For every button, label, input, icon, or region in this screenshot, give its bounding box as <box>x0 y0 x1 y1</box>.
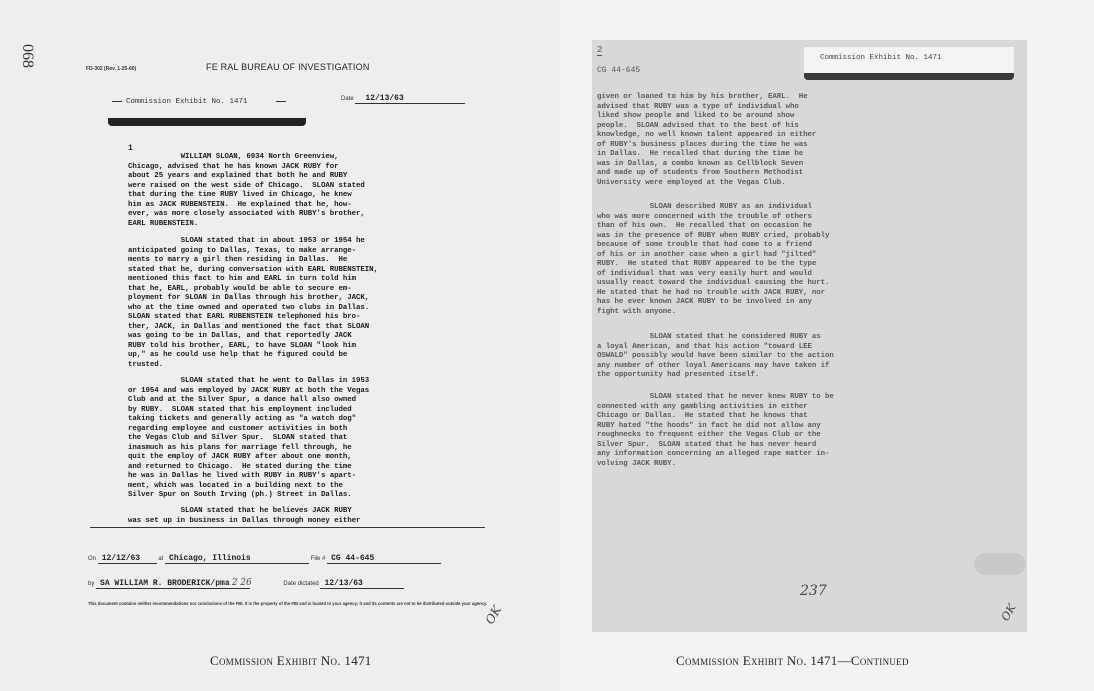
form-code: FD-302 (Rev. 1-25-60) <box>86 66 136 72</box>
exhibit-text: Commission Exhibit No. 1471 <box>820 54 942 62</box>
interview-date: 12/12/63 <box>98 554 157 564</box>
paragraph-2: SLOAN stated that in about 1953 or 1954 … <box>128 237 378 370</box>
date-value: 12/13/63 <box>355 94 465 104</box>
exhibit-bar <box>804 73 1014 80</box>
agency-title: FE RAL BUREAU OF INVESTIGATION <box>206 62 370 72</box>
left-page: 068 FD-302 (Rev. 1-25-60) FE RAL BUREAU … <box>0 0 560 691</box>
handwritten-page-number: 237 <box>800 583 827 599</box>
exhibit-label-left: Commission Exhibit No. 1471 <box>108 98 308 106</box>
agent-name: SA WILLIAM R. BRODERICK/pma <box>96 579 250 589</box>
caption-left: Commission Exhibit No. 1471 <box>210 653 372 669</box>
paragraph-1: WILLIAM SLOAN, 6934 North Greenview, Chi… <box>128 153 365 229</box>
exhibit-label-right: Commission Exhibit No. 1471 <box>804 47 1014 73</box>
scan-smudge <box>974 553 1026 575</box>
right-paragraph-1: given or loaned to him by his brother, E… <box>597 93 816 188</box>
caption-right: Commission Exhibit No. 1471—Continued <box>676 653 909 669</box>
date-label: Date <box>341 96 354 102</box>
exhibit-bar <box>108 118 306 126</box>
interview-location: Chicago, Illinois <box>165 554 309 564</box>
fbi-disclaimer: This document contains neither recommend… <box>88 601 488 606</box>
date-dictated: 12/13/63 <box>320 579 404 589</box>
page-bottom-rule <box>90 527 485 528</box>
handwritten-mark-left: OK <box>483 603 505 626</box>
right-paragraph-3: SLOAN stated that he considered RUBY as … <box>597 333 834 381</box>
side-page-number: 068 <box>18 44 36 68</box>
file-reference: CG 44-645 <box>597 66 640 75</box>
exhibit-text: Commission Exhibit No. 1471 <box>126 98 248 106</box>
footer-by-line: by SA WILLIAM R. BRODERICK/pma 2 26 Date… <box>88 578 404 589</box>
right-paragraph-4: SLOAN stated that he never knew RUBY to … <box>597 393 834 469</box>
page-number: 1 <box>128 144 133 153</box>
paragraph-4: SLOAN stated that he believes JACK RUBY … <box>128 507 360 526</box>
right-paragraph-2: SLOAN described RUBY as an individual wh… <box>597 203 829 317</box>
paragraph-3: SLOAN stated that he went to Dallas in 1… <box>128 377 369 501</box>
report-date: Date 12/13/63 <box>341 94 476 104</box>
page-number: 2 <box>597 45 602 56</box>
agent-initials: 2 26 <box>232 578 252 588</box>
file-number: CG 44-645 <box>327 554 441 564</box>
footer-on-line: On 12/12/63 at Chicago, Illinois File # … <box>88 554 441 564</box>
